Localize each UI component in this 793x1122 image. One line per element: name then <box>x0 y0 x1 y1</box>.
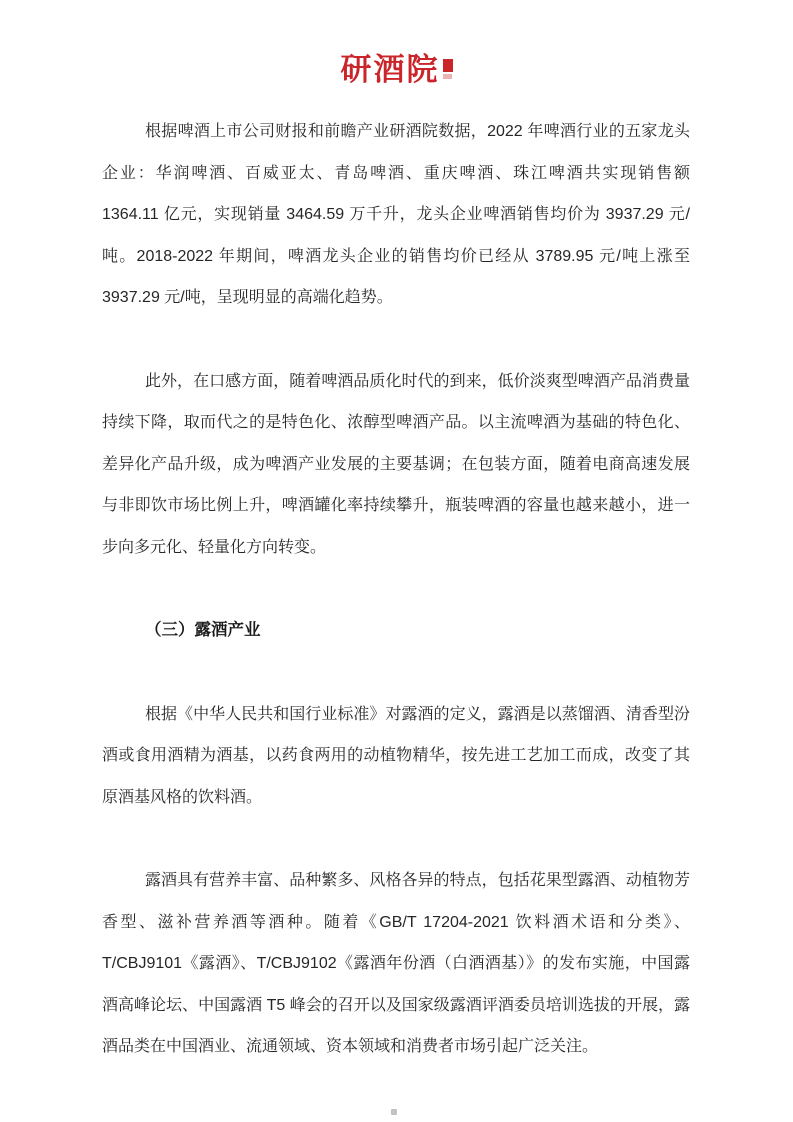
paragraph-lu-wine-features: 露酒具有营养丰富、品种繁多、风格各异的特点，包括花果型露酒、动植物芳香型、滋补营… <box>102 860 690 1068</box>
document-page: 研酒院 根据啤酒上市公司财报和前瞻产业研酒院数据，2022 年啤酒行业的五家龙头… <box>0 0 793 1122</box>
paragraph-beer-leaders: 根据啤酒上市公司财报和前瞻产业研酒院数据，2022 年啤酒行业的五家龙头企业：华… <box>102 111 690 319</box>
paragraph-lu-wine-definition: 根据《中华人民共和国行业标准》对露酒的定义，露酒是以蒸馏酒、清香型汾酒或食用酒精… <box>102 694 690 819</box>
document-body: 根据啤酒上市公司财报和前瞻产业研酒院数据，2022 年啤酒行业的五家龙头企业：华… <box>0 94 793 1068</box>
section-heading-lu-wine: （三）露酒产业 <box>102 610 690 652</box>
logo: 研酒院 <box>0 0 793 94</box>
page-footer-dot <box>391 1109 397 1115</box>
logo-text: 研酒院 <box>341 52 440 88</box>
logo-seal-icon <box>443 59 453 79</box>
paragraph-beer-trends: 此外，在口感方面，随着啤酒品质化时代的到来，低价淡爽型啤酒产品消费量持续下降，取… <box>102 361 690 569</box>
